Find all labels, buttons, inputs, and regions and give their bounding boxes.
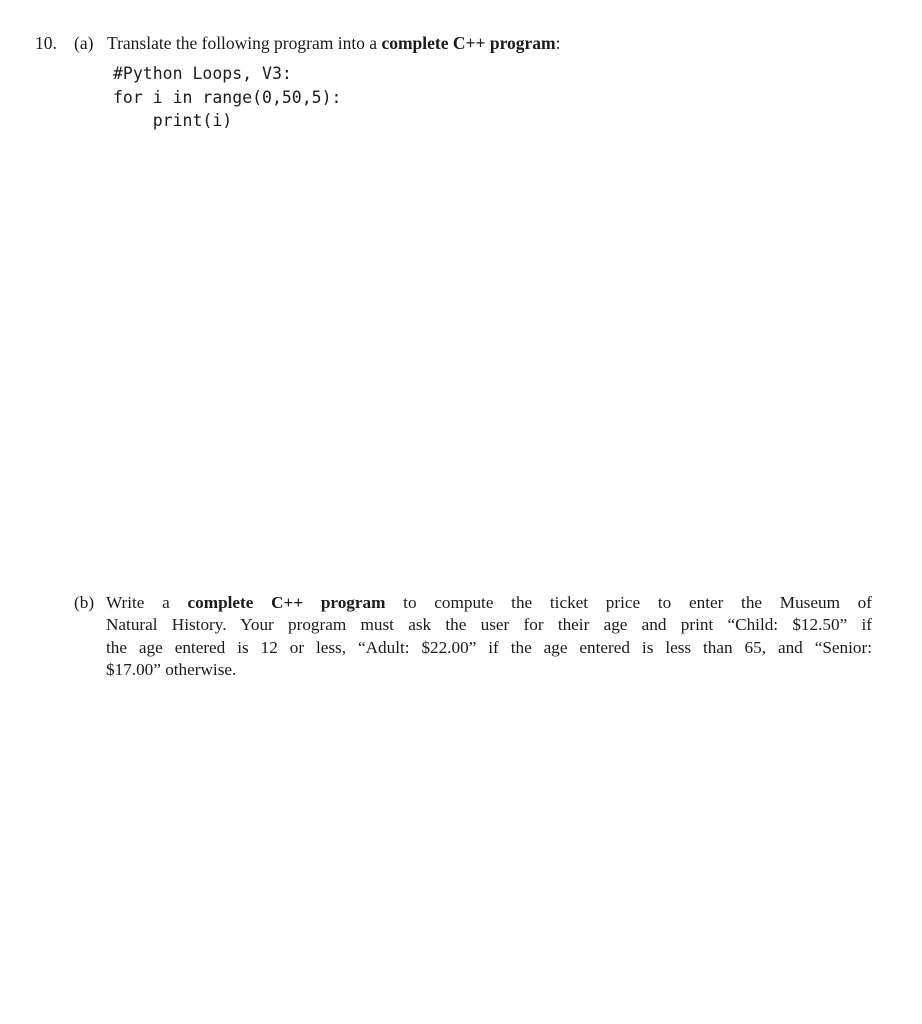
- part-a-prompt-text: Translate the following program into a: [107, 33, 381, 53]
- paragraph-line: $17.00” otherwise.: [106, 659, 872, 681]
- code-line: print(i): [113, 109, 341, 133]
- line-text: $17.00” otherwise.: [106, 660, 236, 679]
- code-line: for i in range(0,50,5):: [113, 86, 341, 110]
- code-line: #Python Loops, V3:: [113, 62, 341, 86]
- part-a-prompt-colon: :: [556, 33, 561, 53]
- paragraph-line: Write a complete C++ program to compute …: [106, 592, 872, 614]
- line-text: the age entered is 12 or less, “Adult: $…: [106, 638, 872, 657]
- part-a-prompt: Translate the following program into a c…: [107, 32, 561, 54]
- line-text: Natural History. Your program must ask t…: [106, 615, 872, 634]
- python-code-block: #Python Loops, V3:for i in range(0,50,5)…: [113, 62, 341, 133]
- line-text: Write a: [106, 593, 188, 612]
- part-a-label: (a): [74, 32, 93, 54]
- line-bold-text: complete C++ program: [188, 593, 386, 612]
- document-page: 10. (a) Translate the following program …: [0, 0, 922, 1024]
- part-b-paragraph: Write a complete C++ program to compute …: [106, 592, 872, 682]
- line-text: to compute the ticket price to enter the…: [385, 593, 872, 612]
- paragraph-line: Natural History. Your program must ask t…: [106, 614, 872, 636]
- paragraph-line: the age entered is 12 or less, “Adult: $…: [106, 637, 872, 659]
- question-number: 10.: [35, 32, 57, 54]
- part-b-label: (b): [74, 592, 94, 614]
- part-a-prompt-bold: complete C++ program: [381, 33, 555, 53]
